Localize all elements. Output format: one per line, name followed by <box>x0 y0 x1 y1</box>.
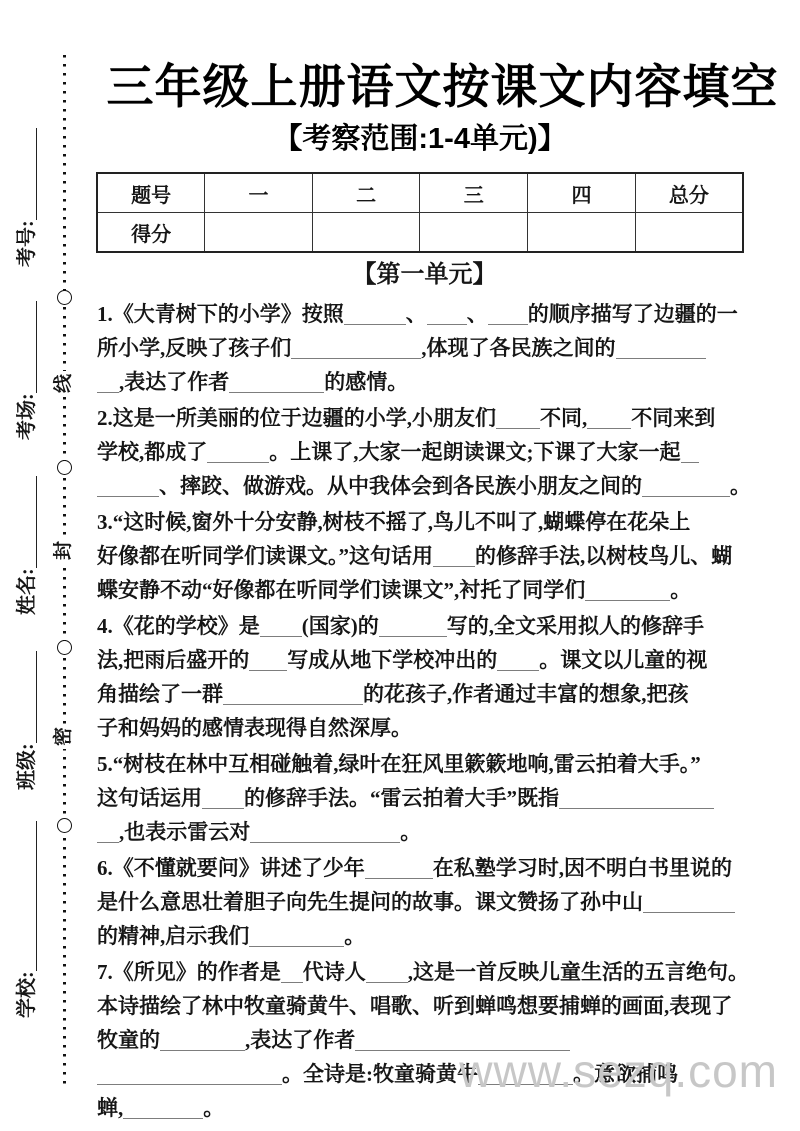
question-text: 代诗人 <box>303 960 366 984</box>
question-text: 的精神,启示我们 <box>97 924 249 948</box>
question: 3.“这时候,窗外十分安静,树枝不摇了,鸟儿不叫了,蝴蝶停在花朵上好像都在听同学… <box>97 505 752 607</box>
question-text: 的修辞手法。“雷云拍着大手”既指 <box>244 786 559 810</box>
question-line: 6.《不懂就要问》讲述了少年在私塾学习时,因不明白书里说的 <box>97 851 752 885</box>
content-area: 【第一单元】 1.《大青树下的小学》按照、、的顺序描写了边疆的一所小学,反映了孩… <box>97 257 752 1125</box>
question-text: 在私塾学习时,因不明白书里说的 <box>433 856 732 880</box>
score-cell <box>528 213 636 253</box>
fill-in-blank <box>123 1096 203 1119</box>
fill-in-blank <box>250 820 400 843</box>
field-exam-room: 考场: <box>14 301 40 440</box>
score-table-header-cell: 总分 <box>635 173 743 213</box>
question: 2.这是一所美丽的位于边疆的小学,小朋友们不同,不同来到学校,都成了。上课了,大… <box>97 401 752 503</box>
question-line: 2.这是一所美丽的位于边疆的小学,小朋友们不同,不同来到 <box>97 401 752 435</box>
field-class: 班级: <box>14 651 40 790</box>
question-text: 。 <box>730 474 751 498</box>
fill-in-blank <box>643 890 735 913</box>
question-text: 4.《花的学校》是 <box>97 614 260 638</box>
seal-char-xian: 线 <box>53 371 75 396</box>
score-row-label: 得分 <box>97 213 205 253</box>
field-write-line <box>16 476 37 568</box>
question-line: 7.《所见》的作者是代诗人,这是一首反映儿童生活的五言绝句。 <box>97 955 752 989</box>
question-text: 本诗描绘了林中牧童骑黄牛、唱歌、听到蝉鸣想要捕蝉的画面,表现了 <box>97 994 732 1018</box>
field-write-line <box>16 128 37 220</box>
question: 4.《花的学校》是(国家)的写的,全文采用拟人的修辞手法,把雨后盛开的写成从地下… <box>97 609 752 745</box>
score-cell <box>420 213 528 253</box>
fill-in-blank <box>488 302 528 325</box>
score-table-header-cell: 二 <box>312 173 420 213</box>
question-line: 好像都在听同学们读课文。”这句话用的修辞手法,以树枝鸟儿、蝴 <box>97 539 752 573</box>
question-line: ,表达了作者的感情。 <box>97 365 752 399</box>
question-text: 的花孩子,作者通过丰富的想象,把孩 <box>363 682 689 706</box>
question-text: 、 <box>467 302 488 326</box>
question-text: 1.《大青树下的小学》按照 <box>97 302 344 326</box>
field-label: 学校: <box>16 971 38 1018</box>
seal-dotted-line <box>63 55 66 1085</box>
exam-paper: 线 封 密 考号: 考场: 姓名: 班级: 学校: 三年级上册语文按课文内容填空… <box>0 0 800 1131</box>
question-text: 、 <box>406 302 427 326</box>
fill-in-blank <box>427 302 467 325</box>
fill-in-blank <box>249 648 287 671</box>
question-text: 写的,全文采用拟人的修辞手 <box>447 614 704 638</box>
question-text: 的顺序描写了边疆的一 <box>528 302 738 326</box>
question-text: 牧童的 <box>97 1028 160 1052</box>
question-line: 、摔跤、做游戏。从中我体会到各民族小朋友之间的。 <box>97 469 752 503</box>
field-name: 姓名: <box>14 476 40 615</box>
seal-char-feng: 封 <box>53 538 75 563</box>
field-write-line <box>16 821 37 971</box>
fill-in-blank <box>291 336 421 359</box>
question: 7.《所见》的作者是代诗人,这是一首反映儿童生活的五言绝句。本诗描绘了林中牧童骑… <box>97 955 752 1125</box>
seal-circle <box>57 818 72 833</box>
question-line: 的精神,启示我们。 <box>97 919 752 953</box>
fill-in-blank <box>97 474 159 497</box>
field-school: 学校: <box>14 821 40 1018</box>
fill-in-blank <box>344 302 406 325</box>
score-table-header-cell: 一 <box>205 173 313 213</box>
fill-in-blank <box>366 960 408 983</box>
question-text: 。上课了,大家一起朗读课文;下课了大家一起 <box>269 440 680 464</box>
score-table-header-cell: 题号 <box>97 173 205 213</box>
question-text: 的感情。 <box>324 370 408 394</box>
unit-heading: 【第一单元】 <box>97 257 752 293</box>
question-line: 5.“树枝在林中互相碰触着,绿叶在狂风里簌簌地响,雷云拍着大手。” <box>97 747 752 781</box>
question-text: 法,把雨后盛开的 <box>97 648 249 672</box>
question-text: 所小学,反映了孩子们 <box>97 336 291 360</box>
fill-in-blank <box>281 960 303 983</box>
field-write-line <box>16 301 37 393</box>
question-text: ,这是一首反映儿童生活的五言绝句。 <box>408 960 749 984</box>
fill-in-blank <box>365 856 433 879</box>
seal-circle <box>57 640 72 655</box>
seal-circle <box>57 290 72 305</box>
question-text: 。 <box>400 820 421 844</box>
field-label: 考场: <box>16 393 38 440</box>
fill-in-blank <box>559 786 714 809</box>
question-text: 不同来到 <box>631 406 715 430</box>
question-list: 1.《大青树下的小学》按照、、的顺序描写了边疆的一所小学,反映了孩子们,体现了各… <box>97 297 752 1125</box>
fill-in-blank <box>642 474 730 497</box>
question-text: 角描绘了一群 <box>97 682 223 706</box>
question-text: 子和妈妈的感情表现得自然深厚。 <box>97 716 412 740</box>
question-text: ,也表示雷云对 <box>119 820 250 844</box>
question-text: 蝶安静不动“好像都在听同学们读课文”,衬托了同学们 <box>97 578 585 602</box>
score-table-header-cell: 四 <box>528 173 636 213</box>
question-text: 学校,都成了 <box>97 440 207 464</box>
question-line: 蝶安静不动“好像都在听同学们读课文”,衬托了同学们。 <box>97 573 752 607</box>
question-text: 是什么意思壮着胆子向先生提问的故事。课文赞扬了孙中山 <box>97 890 643 914</box>
fill-in-blank <box>249 924 344 947</box>
field-label: 班级: <box>16 743 38 790</box>
question-line: 法,把雨后盛开的写成从地下学校冲出的。课文以儿童的视 <box>97 643 752 677</box>
question-text: 2.这是一所美丽的位于边疆的小学,小朋友们 <box>97 406 496 430</box>
question-text: 。 <box>344 924 365 948</box>
score-table: 题号一二三四总分得分 <box>96 172 744 253</box>
question-text: ,体现了各民族之间的 <box>421 336 615 360</box>
fill-in-blank <box>681 440 699 463</box>
fill-in-blank <box>379 614 447 637</box>
score-cell <box>205 213 313 253</box>
question: 5.“树枝在林中互相碰触着,绿叶在狂风里簌簌地响,雷云拍着大手。”这句话运用的修… <box>97 747 752 849</box>
fill-in-blank <box>202 786 244 809</box>
question-text: 3.“这时候,窗外十分安静,树枝不摇了,鸟儿不叫了,蝴蝶停在花朵上 <box>97 510 690 534</box>
question-text: 。 <box>670 578 691 602</box>
fill-in-blank <box>97 1062 282 1085</box>
question-line: ,也表示雷云对。 <box>97 815 752 849</box>
fill-in-blank <box>433 544 475 567</box>
question-line: 是什么意思壮着胆子向先生提问的故事。课文赞扬了孙中山 <box>97 885 752 919</box>
question-text: (国家)的 <box>302 614 379 638</box>
fill-in-blank <box>260 614 302 637</box>
question-text: 这句话运用 <box>97 786 202 810</box>
question: 1.《大青树下的小学》按照、、的顺序描写了边疆的一所小学,反映了孩子们,体现了各… <box>97 297 752 399</box>
watermark: www.sezq.com <box>459 1044 778 1098</box>
fill-in-blank <box>207 440 269 463</box>
fill-in-blank <box>97 820 119 843</box>
fill-in-blank <box>160 1028 245 1051</box>
field-write-line <box>16 651 37 743</box>
question-line: 子和妈妈的感情表现得自然深厚。 <box>97 711 752 745</box>
question-text: 的修辞手法,以树枝鸟儿、蝴 <box>475 544 732 568</box>
question-text: 蝉, <box>97 1096 123 1120</box>
question-text: 5.“树枝在林中互相碰触着,绿叶在狂风里簌簌地响,雷云拍着大手。” <box>97 752 701 776</box>
question-line: 4.《花的学校》是(国家)的写的,全文采用拟人的修辞手 <box>97 609 752 643</box>
fill-in-blank <box>97 370 119 393</box>
question-text: 6.《不懂就要问》讲述了少年 <box>97 856 365 880</box>
question-line: 角描绘了一群的花孩子,作者通过丰富的想象,把孩 <box>97 677 752 711</box>
question-text: ,表达了作者 <box>119 370 229 394</box>
question-text: 。 <box>203 1096 224 1120</box>
question-text: 写成从地下学校冲出的 <box>287 648 497 672</box>
seal-circle <box>57 460 72 475</box>
fill-in-blank <box>585 578 670 601</box>
fill-in-blank <box>496 406 540 429</box>
fill-in-blank <box>497 648 539 671</box>
fill-in-blank <box>223 682 363 705</box>
fill-in-blank <box>229 370 324 393</box>
question-text: ,表达了作者 <box>245 1028 355 1052</box>
fill-in-blank <box>587 406 631 429</box>
question-line: 3.“这时候,窗外十分安静,树枝不摇了,鸟儿不叫了,蝴蝶停在花朵上 <box>97 505 752 539</box>
page-subtitle: 【考察范围:1-4单元)】 <box>90 116 750 157</box>
seal-char-mi: 密 <box>53 724 75 749</box>
question-text: 。课文以儿童的视 <box>539 648 707 672</box>
question-text: 不同, <box>540 406 587 430</box>
score-table-header-cell: 三 <box>420 173 528 213</box>
score-cell <box>312 213 420 253</box>
field-label: 考号: <box>16 220 38 267</box>
question-line: 学校,都成了。上课了,大家一起朗读课文;下课了大家一起 <box>97 435 752 469</box>
question-line: 本诗描绘了林中牧童骑黄牛、唱歌、听到蝉鸣想要捕蝉的画面,表现了 <box>97 989 752 1023</box>
field-label: 姓名: <box>16 568 38 615</box>
question-text: 、摔跤、做游戏。从中我体会到各民族小朋友之间的 <box>159 474 642 498</box>
question-line: 所小学,反映了孩子们,体现了各民族之间的 <box>97 331 752 365</box>
question-line: 这句话运用的修辞手法。“雷云拍着大手”既指 <box>97 781 752 815</box>
page-title: 三年级上册语文按课文内容填空 <box>85 50 800 117</box>
question-text: 。全诗是:牧童骑黄牛 <box>282 1062 478 1086</box>
question-line: 1.《大青树下的小学》按照、、的顺序描写了边疆的一 <box>97 297 752 331</box>
question-text: 好像都在听同学们读课文。”这句话用 <box>97 544 433 568</box>
question: 6.《不懂就要问》讲述了少年在私塾学习时,因不明白书里说的是什么意思壮着胆子向先… <box>97 851 752 953</box>
field-exam-number: 考号: <box>14 128 40 267</box>
fill-in-blank <box>616 336 706 359</box>
question-text: 7.《所见》的作者是 <box>97 960 281 984</box>
score-cell <box>635 213 743 253</box>
